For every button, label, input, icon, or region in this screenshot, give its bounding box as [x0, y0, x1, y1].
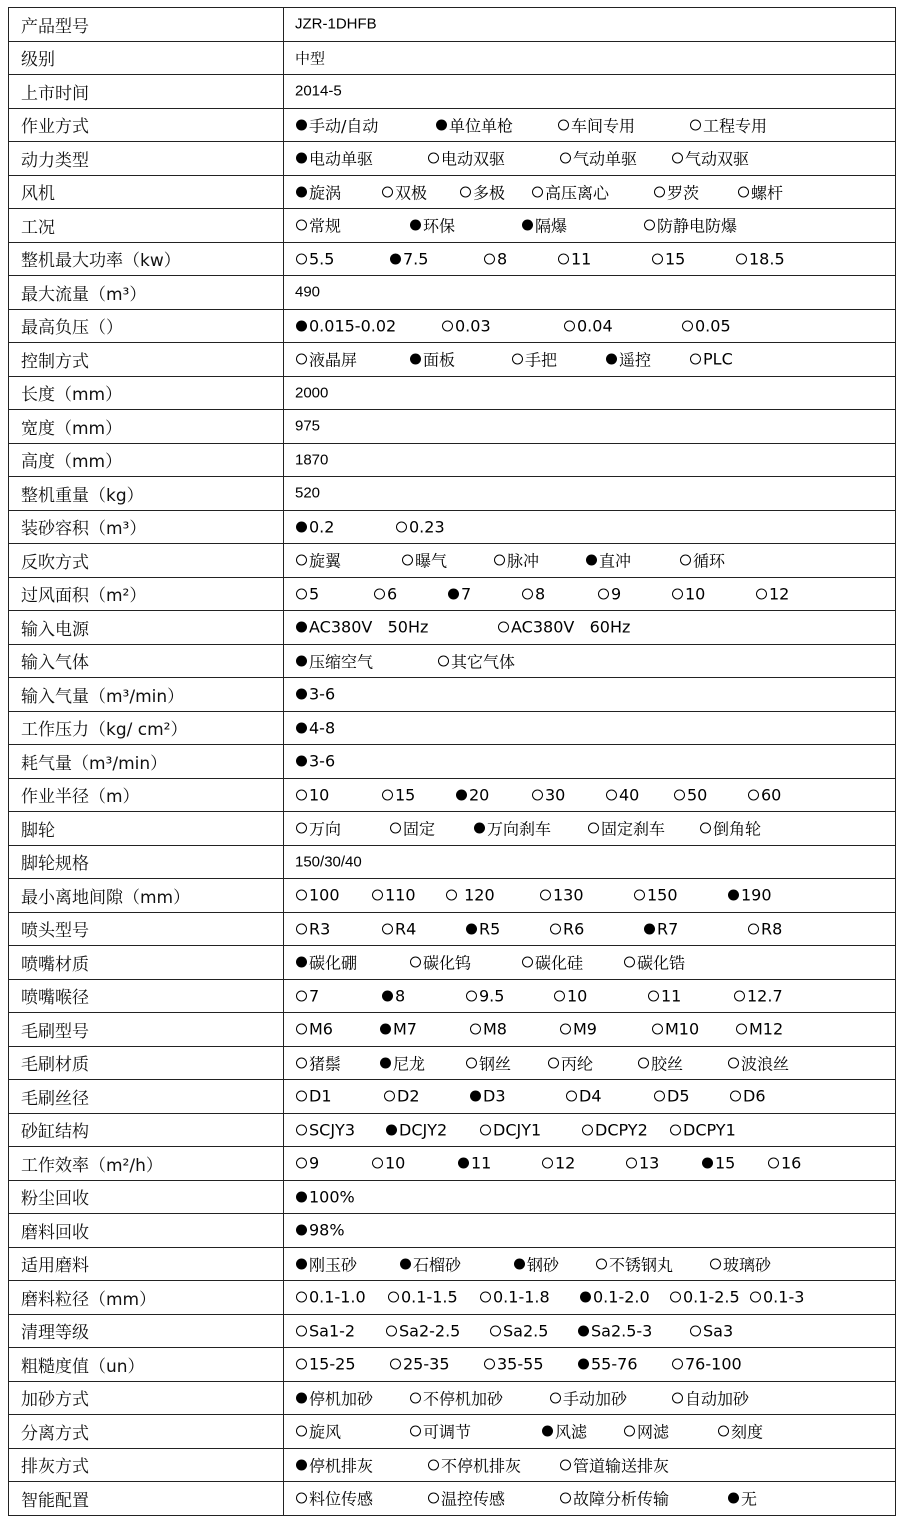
empty-circle-icon[interactable]	[296, 220, 307, 231]
empty-circle-icon[interactable]	[490, 1325, 501, 1336]
option-item[interactable]: 循环	[680, 549, 725, 572]
filled-circle-icon[interactable]	[644, 923, 655, 934]
option-item[interactable]: D1	[296, 1087, 332, 1106]
empty-circle-icon[interactable]	[588, 823, 599, 834]
option-item[interactable]: 98%	[296, 1221, 345, 1240]
option-item[interactable]: 9	[296, 1154, 319, 1173]
option-item[interactable]: 110	[372, 886, 416, 905]
filled-circle-icon[interactable]	[542, 1426, 553, 1437]
empty-circle-icon[interactable]	[750, 1292, 761, 1303]
empty-circle-icon[interactable]	[410, 1426, 421, 1437]
empty-circle-icon[interactable]	[428, 153, 439, 164]
empty-circle-icon[interactable]	[382, 186, 393, 197]
option-item[interactable]: 0.1-1.5	[388, 1288, 458, 1307]
empty-circle-icon[interactable]	[606, 789, 617, 800]
empty-circle-icon[interactable]	[558, 253, 569, 264]
option-item[interactable]: 0.05	[682, 316, 731, 335]
filled-circle-icon[interactable]	[456, 789, 467, 800]
option-item[interactable]: 液晶屏	[296, 348, 357, 371]
option-item[interactable]: 8	[522, 584, 545, 603]
filled-circle-icon[interactable]	[296, 320, 307, 331]
option-item[interactable]: AC380V 60Hz	[498, 618, 630, 637]
option-item[interactable]: 碳化硅	[522, 951, 583, 974]
empty-circle-icon[interactable]	[566, 1091, 577, 1102]
empty-circle-icon[interactable]	[296, 1158, 307, 1169]
filled-circle-icon[interactable]	[296, 756, 307, 767]
empty-circle-icon[interactable]	[672, 1392, 683, 1403]
option-item[interactable]: 不停机排灰	[428, 1453, 521, 1476]
option-item[interactable]: 0.1-2.0	[580, 1288, 650, 1307]
filled-circle-icon[interactable]	[578, 1359, 589, 1370]
empty-circle-icon[interactable]	[296, 1124, 307, 1135]
option-item[interactable]: 100%	[296, 1187, 355, 1206]
option-item[interactable]: 20	[456, 785, 489, 804]
option-item[interactable]: 常规	[296, 214, 341, 237]
empty-circle-icon[interactable]	[718, 1426, 729, 1437]
option-item[interactable]: D6	[730, 1087, 766, 1106]
empty-circle-icon[interactable]	[560, 1459, 571, 1470]
empty-circle-icon[interactable]	[296, 1057, 307, 1068]
filled-circle-icon[interactable]	[296, 153, 307, 164]
empty-circle-icon[interactable]	[498, 622, 509, 633]
empty-circle-icon[interactable]	[466, 1057, 477, 1068]
option-item[interactable]: 9.5	[466, 986, 504, 1005]
option-item[interactable]: DCPY2	[582, 1120, 648, 1139]
option-item[interactable]: M12	[736, 1020, 783, 1039]
filled-circle-icon[interactable]	[296, 1392, 307, 1403]
filled-circle-icon[interactable]	[296, 1258, 307, 1269]
option-item[interactable]: 手动加砂	[550, 1386, 627, 1409]
filled-circle-icon[interactable]	[390, 253, 401, 264]
option-item[interactable]: 工程专用	[690, 113, 767, 136]
empty-circle-icon[interactable]	[296, 1292, 307, 1303]
empty-circle-icon[interactable]	[428, 1459, 439, 1470]
filled-circle-icon[interactable]	[410, 220, 421, 231]
option-item[interactable]: 料位传感	[296, 1487, 373, 1510]
empty-circle-icon[interactable]	[596, 1258, 607, 1269]
empty-circle-icon[interactable]	[388, 1292, 399, 1303]
option-item[interactable]: 电动单驱	[296, 147, 373, 170]
option-item[interactable]: 猪鬃	[296, 1051, 341, 1074]
filled-circle-icon[interactable]	[296, 1459, 307, 1470]
filled-circle-icon[interactable]	[380, 1057, 391, 1068]
empty-circle-icon[interactable]	[700, 823, 711, 834]
option-item[interactable]: 刚玉砂	[296, 1252, 357, 1275]
empty-circle-icon[interactable]	[648, 990, 659, 1001]
option-item[interactable]: 15	[652, 249, 685, 268]
option-item[interactable]: 风滤	[542, 1420, 587, 1443]
empty-circle-icon[interactable]	[296, 890, 307, 901]
option-item[interactable]: 40	[606, 785, 639, 804]
empty-circle-icon[interactable]	[384, 1091, 395, 1102]
filled-circle-icon[interactable]	[296, 119, 307, 130]
empty-circle-icon[interactable]	[296, 1091, 307, 1102]
empty-circle-icon[interactable]	[442, 320, 453, 331]
empty-circle-icon[interactable]	[386, 1325, 397, 1336]
option-item[interactable]: 0.23	[396, 517, 445, 536]
empty-circle-icon[interactable]	[480, 1124, 491, 1135]
empty-circle-icon[interactable]	[564, 320, 575, 331]
option-item[interactable]: 130	[540, 886, 584, 905]
option-item[interactable]: R8	[748, 919, 782, 938]
filled-circle-icon[interactable]	[296, 689, 307, 700]
empty-circle-icon[interactable]	[296, 1024, 307, 1035]
empty-circle-icon[interactable]	[522, 588, 533, 599]
option-item[interactable]: 可调节	[410, 1420, 471, 1443]
option-item[interactable]: 10	[554, 986, 587, 1005]
filled-circle-icon[interactable]	[586, 555, 597, 566]
option-item[interactable]: 脉冲	[494, 549, 539, 572]
filled-circle-icon[interactable]	[296, 957, 307, 968]
option-item[interactable]: 多极	[460, 180, 505, 203]
empty-circle-icon[interactable]	[466, 990, 477, 1001]
empty-circle-icon[interactable]	[522, 957, 533, 968]
option-item[interactable]: 石榴砂	[400, 1252, 461, 1275]
option-item[interactable]: 不停机加砂	[410, 1386, 503, 1409]
filled-circle-icon[interactable]	[400, 1258, 411, 1269]
filled-circle-icon[interactable]	[296, 186, 307, 197]
option-item[interactable]: 10	[672, 584, 705, 603]
option-item[interactable]: 8	[382, 986, 405, 1005]
filled-circle-icon[interactable]	[382, 990, 393, 1001]
option-item[interactable]: 手动/自动	[296, 113, 378, 136]
option-item[interactable]: D4	[566, 1087, 602, 1106]
option-item[interactable]: 钢丝	[466, 1051, 511, 1074]
empty-circle-icon[interactable]	[560, 1493, 571, 1504]
option-item[interactable]: 15	[382, 785, 415, 804]
filled-circle-icon[interactable]	[728, 890, 739, 901]
empty-circle-icon[interactable]	[296, 789, 307, 800]
option-item[interactable]: R6	[550, 919, 584, 938]
option-item[interactable]: 其它气体	[438, 649, 515, 672]
empty-circle-icon[interactable]	[402, 555, 413, 566]
option-item[interactable]: 不锈钢丸	[596, 1252, 673, 1275]
option-item[interactable]: 5	[296, 584, 319, 603]
option-item[interactable]: 电动双驱	[428, 147, 505, 170]
option-item[interactable]: 面板	[410, 348, 455, 371]
option-item[interactable]: 0.04	[564, 316, 613, 335]
empty-circle-icon[interactable]	[548, 1057, 559, 1068]
empty-circle-icon[interactable]	[624, 1426, 635, 1437]
option-item[interactable]: 4-8	[296, 718, 335, 737]
option-item[interactable]: 车间专用	[558, 113, 635, 136]
option-item[interactable]: 13	[626, 1154, 659, 1173]
option-item[interactable]: M10	[652, 1020, 699, 1039]
empty-circle-icon[interactable]	[540, 890, 551, 901]
filled-circle-icon[interactable]	[702, 1158, 713, 1169]
empty-circle-icon[interactable]	[730, 1091, 741, 1102]
empty-circle-icon[interactable]	[494, 555, 505, 566]
empty-circle-icon[interactable]	[652, 253, 663, 264]
option-item[interactable]: M6	[296, 1020, 333, 1039]
empty-circle-icon[interactable]	[296, 923, 307, 934]
empty-circle-icon[interactable]	[410, 957, 421, 968]
option-item[interactable]: 76-100	[672, 1355, 742, 1374]
option-item[interactable]: 11	[648, 986, 681, 1005]
option-item[interactable]: 高压离心	[532, 180, 609, 203]
filled-circle-icon[interactable]	[296, 1225, 307, 1236]
option-item[interactable]: 碳化锆	[624, 951, 685, 974]
option-item[interactable]: 旋风	[296, 1420, 341, 1443]
empty-circle-icon[interactable]	[296, 823, 307, 834]
empty-circle-icon[interactable]	[296, 253, 307, 264]
empty-circle-icon[interactable]	[598, 588, 609, 599]
option-item[interactable]: 7.5	[390, 249, 428, 268]
empty-circle-icon[interactable]	[560, 153, 571, 164]
filled-circle-icon[interactable]	[474, 823, 485, 834]
filled-circle-icon[interactable]	[514, 1258, 525, 1269]
option-item[interactable]: 压缩空气	[296, 649, 373, 672]
empty-circle-icon[interactable]	[410, 1392, 421, 1403]
filled-circle-icon[interactable]	[386, 1124, 397, 1135]
empty-circle-icon[interactable]	[374, 588, 385, 599]
option-item[interactable]: DCJY1	[480, 1120, 541, 1139]
empty-circle-icon[interactable]	[390, 823, 401, 834]
empty-circle-icon[interactable]	[296, 555, 307, 566]
empty-circle-icon[interactable]	[670, 1292, 681, 1303]
option-item[interactable]: R5	[466, 919, 500, 938]
empty-circle-icon[interactable]	[652, 1024, 663, 1035]
empty-circle-icon[interactable]	[554, 990, 565, 1001]
option-item[interactable]: R4	[382, 919, 416, 938]
filled-circle-icon[interactable]	[436, 119, 447, 130]
option-item[interactable]: 7	[296, 986, 319, 1005]
empty-circle-icon[interactable]	[550, 1392, 561, 1403]
option-item[interactable]: 5.5	[296, 249, 334, 268]
option-item[interactable]: 玻璃砂	[710, 1252, 771, 1275]
option-item[interactable]: SCJY3	[296, 1120, 355, 1139]
empty-circle-icon[interactable]	[734, 990, 745, 1001]
option-item[interactable]: 0.03	[442, 316, 491, 335]
option-item[interactable]: 190	[728, 886, 772, 905]
option-item[interactable]: 35-55	[484, 1355, 544, 1374]
empty-circle-icon[interactable]	[672, 588, 683, 599]
option-item[interactable]: 100	[296, 886, 340, 905]
empty-circle-icon[interactable]	[438, 655, 449, 666]
empty-circle-icon[interactable]	[748, 789, 759, 800]
option-item[interactable]: Sa2.5	[490, 1321, 548, 1340]
empty-circle-icon[interactable]	[296, 1426, 307, 1437]
option-item[interactable]: 隔爆	[522, 214, 567, 237]
option-item[interactable]: 12.7	[734, 986, 783, 1005]
option-item[interactable]: 0.1-2.5	[670, 1288, 740, 1307]
option-item[interactable]: D3	[470, 1087, 506, 1106]
option-item[interactable]: 0.1-3	[750, 1288, 804, 1307]
option-item[interactable]: R3	[296, 919, 330, 938]
filled-circle-icon[interactable]	[728, 1493, 739, 1504]
empty-circle-icon[interactable]	[382, 923, 393, 934]
option-item[interactable]: 旋涡	[296, 180, 341, 203]
empty-circle-icon[interactable]	[296, 1359, 307, 1370]
option-item[interactable]: 10	[372, 1154, 405, 1173]
empty-circle-icon[interactable]	[382, 789, 393, 800]
option-item[interactable]: 曝气	[402, 549, 447, 572]
option-item[interactable]: 3-6	[296, 752, 335, 771]
empty-circle-icon[interactable]	[480, 1292, 491, 1303]
empty-circle-icon[interactable]	[296, 990, 307, 1001]
option-item[interactable]: 15	[702, 1154, 735, 1173]
filled-circle-icon[interactable]	[606, 354, 617, 365]
empty-circle-icon[interactable]	[460, 186, 471, 197]
option-item[interactable]: 18.5	[736, 249, 785, 268]
option-item[interactable]: 7	[448, 584, 471, 603]
option-item[interactable]: 万向刹车	[474, 817, 551, 840]
option-item[interactable]: 120	[446, 886, 495, 905]
filled-circle-icon[interactable]	[410, 354, 421, 365]
option-item[interactable]: M8	[470, 1020, 507, 1039]
empty-circle-icon[interactable]	[446, 890, 457, 901]
filled-circle-icon[interactable]	[296, 521, 307, 532]
option-item[interactable]: 25-35	[390, 1355, 450, 1374]
option-item[interactable]: 停机排灰	[296, 1453, 373, 1476]
filled-circle-icon[interactable]	[522, 220, 533, 231]
option-item[interactable]: 管道输送排灰	[560, 1453, 669, 1476]
option-item[interactable]: 50	[674, 785, 707, 804]
option-item[interactable]: 旋翼	[296, 549, 341, 572]
empty-circle-icon[interactable]	[736, 1024, 747, 1035]
empty-circle-icon[interactable]	[624, 957, 635, 968]
option-item[interactable]: 停机加砂	[296, 1386, 373, 1409]
option-item[interactable]: DCPY1	[670, 1120, 736, 1139]
option-item[interactable]: 万向	[296, 817, 341, 840]
filled-circle-icon[interactable]	[448, 588, 459, 599]
option-item[interactable]: 12	[756, 584, 789, 603]
option-item[interactable]: 单位单枪	[436, 113, 513, 136]
option-item[interactable]: 6	[374, 584, 397, 603]
filled-circle-icon[interactable]	[296, 722, 307, 733]
option-item[interactable]: M9	[560, 1020, 597, 1039]
option-item[interactable]: 10	[296, 785, 329, 804]
option-item[interactable]: Sa3	[690, 1321, 733, 1340]
filled-circle-icon[interactable]	[296, 622, 307, 633]
option-item[interactable]: 150	[634, 886, 678, 905]
option-item[interactable]: 网滤	[624, 1420, 669, 1443]
option-item[interactable]: 3-6	[296, 685, 335, 704]
empty-circle-icon[interactable]	[634, 890, 645, 901]
empty-circle-icon[interactable]	[710, 1258, 721, 1269]
option-item[interactable]: 55-76	[578, 1355, 638, 1374]
option-item[interactable]: 环保	[410, 214, 455, 237]
empty-circle-icon[interactable]	[626, 1158, 637, 1169]
option-item[interactable]: 钢砂	[514, 1252, 559, 1275]
filled-circle-icon[interactable]	[466, 923, 477, 934]
filled-circle-icon[interactable]	[296, 655, 307, 666]
empty-circle-icon[interactable]	[654, 186, 665, 197]
empty-circle-icon[interactable]	[670, 1124, 681, 1135]
option-item[interactable]: 温控传感	[428, 1487, 505, 1510]
option-item[interactable]: 故障分析传输	[560, 1487, 669, 1510]
empty-circle-icon[interactable]	[558, 119, 569, 130]
option-item[interactable]: 0.1-1.0	[296, 1288, 366, 1307]
option-item[interactable]: 遥控	[606, 348, 651, 371]
option-item[interactable]: Sa2.5-3	[578, 1321, 652, 1340]
empty-circle-icon[interactable]	[672, 1359, 683, 1370]
empty-circle-icon[interactable]	[768, 1158, 779, 1169]
option-item[interactable]: 气动单驱	[560, 147, 637, 170]
empty-circle-icon[interactable]	[638, 1057, 649, 1068]
filled-circle-icon[interactable]	[296, 1191, 307, 1202]
option-item[interactable]: 自动加砂	[672, 1386, 749, 1409]
empty-circle-icon[interactable]	[674, 789, 685, 800]
option-item[interactable]: AC380V 50Hz	[296, 618, 428, 637]
option-item[interactable]: 刻度	[718, 1420, 763, 1443]
empty-circle-icon[interactable]	[690, 1325, 701, 1336]
empty-circle-icon[interactable]	[532, 186, 543, 197]
option-item[interactable]: 无	[728, 1487, 757, 1510]
option-item[interactable]: M7	[380, 1020, 417, 1039]
option-item[interactable]: 丙纶	[548, 1051, 593, 1074]
option-item[interactable]: D5	[654, 1087, 690, 1106]
empty-circle-icon[interactable]	[644, 220, 655, 231]
option-item[interactable]: 波浪丝	[728, 1051, 789, 1074]
empty-circle-icon[interactable]	[550, 923, 561, 934]
filled-circle-icon[interactable]	[458, 1158, 469, 1169]
empty-circle-icon[interactable]	[738, 186, 749, 197]
empty-circle-icon[interactable]	[484, 1359, 495, 1370]
filled-circle-icon[interactable]	[470, 1091, 481, 1102]
option-item[interactable]: 0.2	[296, 517, 334, 536]
empty-circle-icon[interactable]	[736, 253, 747, 264]
option-item[interactable]: 倒角轮	[700, 817, 761, 840]
empty-circle-icon[interactable]	[296, 588, 307, 599]
option-item[interactable]: 双极	[382, 180, 427, 203]
option-item[interactable]: 11	[458, 1154, 491, 1173]
empty-circle-icon[interactable]	[512, 354, 523, 365]
empty-circle-icon[interactable]	[372, 890, 383, 901]
option-item[interactable]: 螺杆	[738, 180, 783, 203]
empty-circle-icon[interactable]	[690, 119, 701, 130]
option-item[interactable]: 碳化钨	[410, 951, 471, 974]
option-item[interactable]: 直冲	[586, 549, 631, 572]
option-item[interactable]: 8	[484, 249, 507, 268]
option-item[interactable]: 尼龙	[380, 1051, 425, 1074]
empty-circle-icon[interactable]	[296, 354, 307, 365]
option-item[interactable]: 手把	[512, 348, 557, 371]
option-item[interactable]: 胶丝	[638, 1051, 683, 1074]
option-item[interactable]: 30	[532, 785, 565, 804]
empty-circle-icon[interactable]	[682, 320, 693, 331]
empty-circle-icon[interactable]	[296, 1493, 307, 1504]
option-item[interactable]: 11	[558, 249, 591, 268]
option-item[interactable]: 16	[768, 1154, 801, 1173]
option-item[interactable]: 防静电防爆	[644, 214, 737, 237]
empty-circle-icon[interactable]	[672, 153, 683, 164]
empty-circle-icon[interactable]	[690, 354, 701, 365]
option-item[interactable]: Sa1-2	[296, 1321, 355, 1340]
empty-circle-icon[interactable]	[748, 923, 759, 934]
empty-circle-icon[interactable]	[390, 1359, 401, 1370]
empty-circle-icon[interactable]	[532, 789, 543, 800]
empty-circle-icon[interactable]	[396, 521, 407, 532]
option-item[interactable]: Sa2-2.5	[386, 1321, 460, 1340]
empty-circle-icon[interactable]	[542, 1158, 553, 1169]
option-item[interactable]: DCJY2	[386, 1120, 447, 1139]
option-item[interactable]: 0.015-0.02	[296, 316, 396, 335]
option-item[interactable]: 9	[598, 584, 621, 603]
option-item[interactable]: 罗茨	[654, 180, 699, 203]
empty-circle-icon[interactable]	[470, 1024, 481, 1035]
option-item[interactable]: D2	[384, 1087, 420, 1106]
option-item[interactable]: R7	[644, 919, 678, 938]
empty-circle-icon[interactable]	[372, 1158, 383, 1169]
empty-circle-icon[interactable]	[680, 555, 691, 566]
empty-circle-icon[interactable]	[428, 1493, 439, 1504]
filled-circle-icon[interactable]	[578, 1325, 589, 1336]
empty-circle-icon[interactable]	[560, 1024, 571, 1035]
option-item[interactable]: 固定刹车	[588, 817, 665, 840]
option-item[interactable]: 固定	[390, 817, 435, 840]
empty-circle-icon[interactable]	[756, 588, 767, 599]
